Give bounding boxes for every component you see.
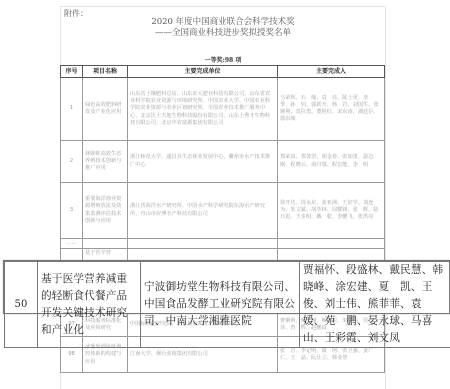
row-people: 马荣辉、石 缘、袁 亮、陈士更、李 季、孙 钊、郭跃升、杨 岩、刘国生、张婉利、…: [278, 78, 385, 141]
table-header-row: 序号 项目名称 主要完成单位 主要完成人: [61, 66, 385, 78]
row-units: [128, 239, 278, 249]
row-project: 绿色高效肥料研发及产业化应用: [83, 78, 128, 141]
row-seq: 3: [61, 183, 83, 239]
highlight-units: 宁波御坊堂生物科技有限公司、中国食品发酵工业研究院有限公司、中南大学湘雅医院: [141, 262, 300, 348]
highlighted-entry-callout: 50 基于医学营养减重的轻断食代餐产品开发关键技术研究和产业化 宁波御坊堂生物科…: [3, 260, 450, 314]
row-seq: ……: [61, 239, 83, 249]
row-people: 徐开达、周永东、姜亚洲、王好学、刘连为、朱文斌、胡萃林、周耀锋、张 辉、陆日进、…: [278, 183, 385, 239]
header-units: 主要完成单位: [128, 66, 278, 78]
row-units: 浙江省海洋水产研究所、中国水产科学研究院东海水产研究所、舟山市应博水产科技有限公…: [128, 183, 278, 239]
highlighted-row: 50 基于医学营养减重的轻断食代餐产品开发关键技术研究和产业化 宁波御坊堂生物科…: [5, 262, 450, 348]
row-people: 郑荣泉、郑善坚、胡金春、张加勇、瑟志刚、程晓云、俞丹鄂、程宏能、李 明: [278, 141, 385, 183]
table-row: 1 绿色高效肥料研发及产业化应用 山东省土壤肥料总站、山东农大肥业科技有限公司、…: [61, 78, 385, 141]
row-project: 林蛙蛙高效生态养殖技术创新与推广应用: [83, 141, 128, 183]
table-row: 3 重要海洋渔业资源增殖放流及效果监测评估技术创新与应用 浙江省海洋水产研究所、…: [61, 183, 385, 239]
prize-level-heading: 一等奖:98 项: [60, 55, 386, 64]
row-project: [83, 239, 128, 249]
highlight-project: 基于医学营养减重的轻断食代餐产品开发关键技术研究和产业化: [38, 262, 141, 348]
header-project: 项目名称: [83, 66, 128, 78]
document-subtitle: ——全国商业科技进步奖拟授奖名单: [60, 28, 386, 39]
row-seq: 2: [61, 141, 83, 183]
document-title: 2020 年度中国商业联合会科学技术奖: [60, 17, 386, 28]
row-project: 重要海洋渔业资源增殖放流及效果监测评估技术创新与应用: [83, 183, 128, 239]
table-row: 2 林蛙蛙高效生态养殖技术创新与推广应用 浙江师范大学、遂昌县生态林业发展中心、…: [61, 141, 385, 183]
highlighted-row-table: 50 基于医学营养减重的轻断食代餐产品开发关键技术研究和产业化 宁波御坊堂生物科…: [4, 261, 450, 348]
highlight-people: 贾福怀、段盛林、戴民慧、韩晓峰、涂宏建、夏 凯、王 俊、刘士伟、熊菲菲、袁 媛、…: [300, 262, 450, 348]
header-seq: 序号: [61, 66, 83, 78]
row-units: 浙江师范大学、遂昌县生态林业发展中心、衢州市水产技术推广中心: [128, 141, 278, 183]
row-units: 山东省土壤肥料总站、山东农大肥业科技有限公司、山东省农业科学院农业资源与环境研究…: [128, 78, 278, 141]
row-people: [278, 239, 385, 249]
header-people: 主要完成人: [278, 66, 385, 78]
highlight-seq: 50: [5, 262, 38, 348]
row-seq: 1: [61, 78, 83, 141]
table-row-ellipsis: ……: [61, 239, 385, 249]
